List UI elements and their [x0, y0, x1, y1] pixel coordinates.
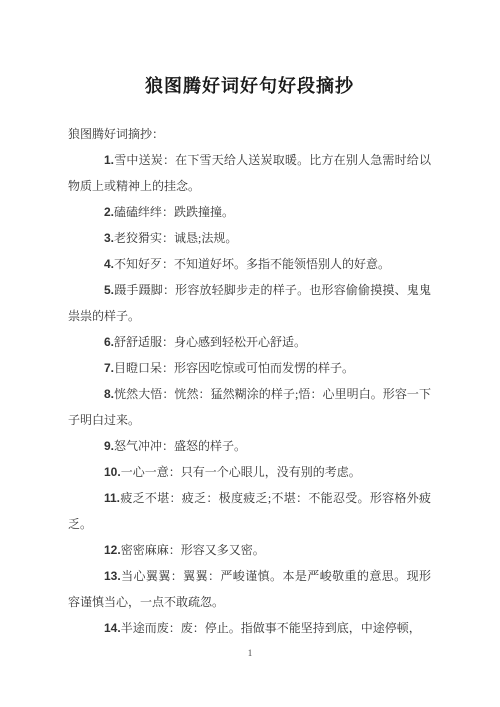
item-text: 一心一意：只有一个心眼儿，没有别的考虑。: [121, 465, 361, 479]
document-page: 狼图腾好词好句好段摘抄 狼图腾好词摘抄： 1.雪中送炭：在下雪天给人送炭取暖。比…: [0, 0, 500, 707]
item-number: 2.: [104, 205, 114, 219]
item-text: 磕磕绊绊：跌跌撞撞。: [114, 205, 234, 219]
word-item-4: 4.不知好歹：不知道好坏。多指不能领悟别人的好意。: [68, 251, 431, 277]
word-item-11: 11.疲乏不堪：疲乏：极度疲乏;不堪：不能忍受。形容格外疲乏。: [68, 485, 431, 537]
item-text: 当心翼翼：翼翼：严峻谨慎。本是严峻敬重的意思。现形容谨慎当心，一点不敢疏忽。: [68, 569, 431, 609]
word-item-8: 8.恍然大悟：恍然：猛然糊涂的样子;悟：心里明白。形容一下子明白过来。: [68, 381, 431, 433]
item-number: 10.: [104, 465, 121, 479]
word-item-6: 6.舒舒适服：身心感到轻松开心舒适。: [68, 329, 431, 355]
word-item-12: 12.密密麻麻：形容又多又密。: [68, 537, 431, 563]
word-item-1: 1.雪中送炭：在下雪天给人送炭取暖。比方在别人急需时给以物质上或精神上的挂念。: [68, 147, 431, 199]
word-item-10: 10.一心一意：只有一个心眼儿，没有别的考虑。: [68, 459, 431, 485]
page-number: 1: [0, 648, 500, 658]
item-number: 13.: [104, 569, 121, 583]
item-number: 3.: [104, 231, 114, 245]
item-number: 5.: [104, 283, 114, 297]
word-item-9: 9.怒气冲冲：盛怒的样子。: [68, 433, 431, 459]
item-number: 14.: [104, 621, 121, 635]
item-number: 12.: [104, 543, 121, 557]
item-text: 密密麻麻：形容又多又密。: [121, 543, 265, 557]
word-item-2: 2.磕磕绊绊：跌跌撞撞。: [68, 199, 431, 225]
word-item-7: 7.目瞪口呆：形容因吃惊或可怕而发愣的样子。: [68, 355, 431, 381]
intro-line: 狼图腾好词摘抄：: [68, 121, 431, 147]
item-text: 怒气冲冲：盛怒的样子。: [114, 439, 246, 453]
item-number: 6.: [104, 335, 114, 349]
item-text: 雪中送炭：在下雪天给人送炭取暖。比方在别人急需时给以物质上或精神上的挂念。: [68, 153, 431, 193]
word-item-5: 5.蹑手蹑脚：形容放轻脚步走的样子。也形容偷偷摸摸、鬼鬼祟祟的样子。: [68, 277, 431, 329]
word-item-14: 14.半途而废：废：停止。指做事不能坚持到底，中途停顿，: [68, 615, 431, 641]
page-title: 狼图腾好词好句好段摘抄: [68, 74, 431, 98]
item-text: 蹑手蹑脚：形容放轻脚步走的样子。也形容偷偷摸摸、鬼鬼祟祟的样子。: [68, 283, 431, 323]
word-item-13: 13.当心翼翼：翼翼：严峻谨慎。本是严峻敬重的意思。现形容谨慎当心，一点不敢疏忽…: [68, 563, 431, 615]
word-item-3: 3.老狡猾实：诚恳;法规。: [68, 225, 431, 251]
item-text: 不知好歹：不知道好坏。多指不能领悟别人的好意。: [114, 257, 390, 271]
item-text: 疲乏不堪：疲乏：极度疲乏;不堪：不能忍受。形容格外疲乏。: [68, 491, 431, 531]
item-text: 恍然大悟：恍然：猛然糊涂的样子;悟：心里明白。形容一下子明白过来。: [68, 387, 431, 427]
item-number: 4.: [104, 257, 114, 271]
item-text: 半途而废：废：停止。指做事不能坚持到底，中途停顿，: [121, 621, 421, 635]
item-number: 1.: [104, 153, 114, 167]
item-number: 8.: [104, 387, 114, 401]
item-text: 舒舒适服：身心感到轻松开心舒适。: [114, 335, 306, 349]
item-text: 目瞪口呆：形容因吃惊或可怕而发愣的样子。: [114, 361, 354, 375]
item-number: 9.: [104, 439, 114, 453]
item-text: 老狡猾实：诚恳;法规。: [114, 231, 237, 245]
item-number: 7.: [104, 361, 114, 375]
item-number: 11.: [104, 491, 120, 505]
